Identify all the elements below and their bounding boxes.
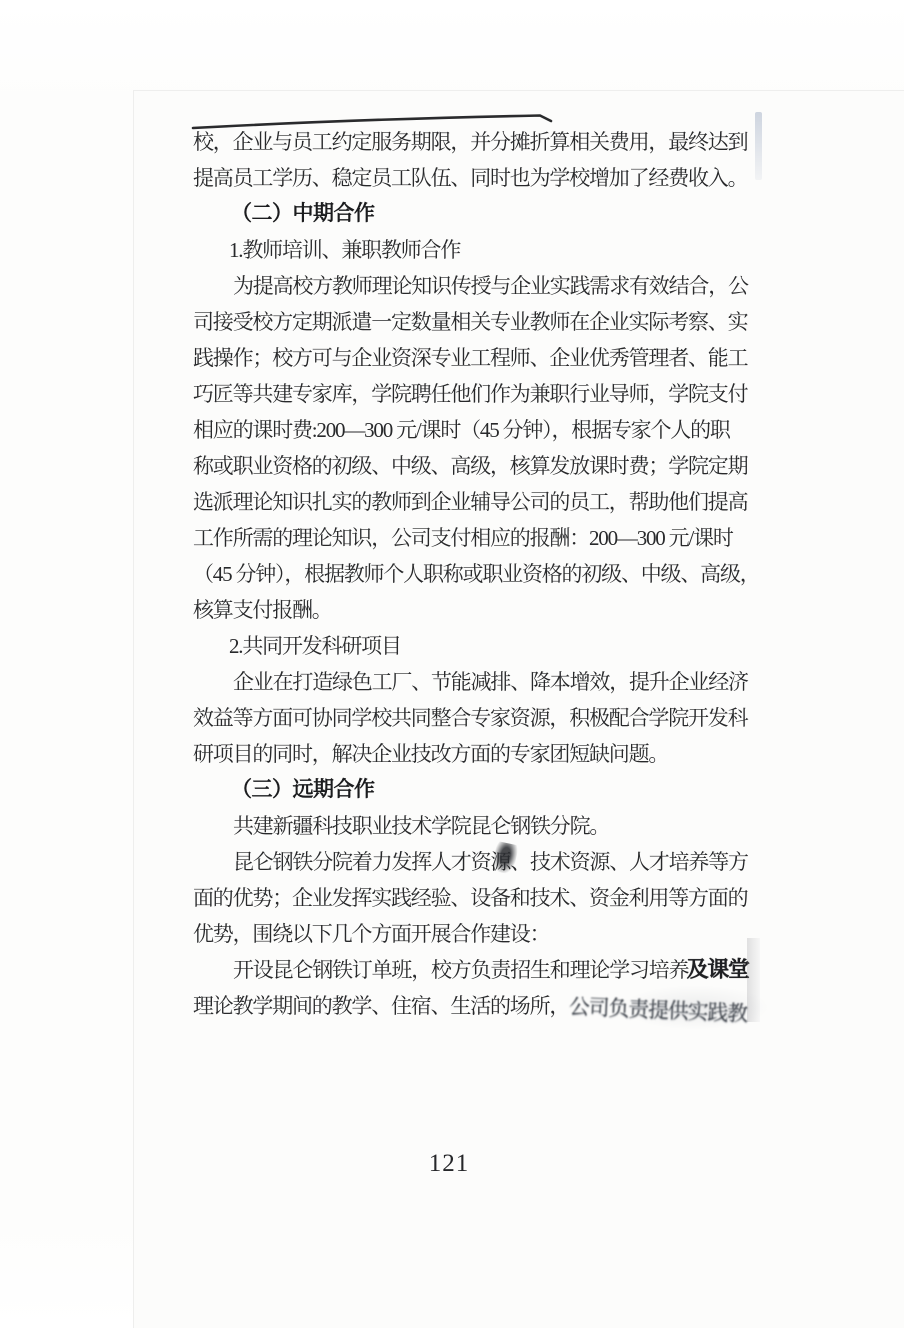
text-line: （45 分钟），根据教师个人职称或职业资格的初级、中级、高级，: [193, 556, 753, 592]
line-text: 1.教师培训、兼职教师合作: [229, 238, 460, 262]
text-line: 践操作；校方可与企业资深专业工程师、企业优秀管理者、能工: [193, 340, 753, 376]
section-heading: （二）中期合作: [193, 196, 753, 232]
text-line: 开设昆仑钢铁订单班，校方负责招生和理论学习培养及课堂: [193, 952, 753, 988]
text-line: 企业在打造绿色工厂、节能减排、降本增效，提升企业经济: [193, 664, 753, 700]
line-text: 提高员工学历、稳定员工队伍、同时也为学校增加了经费收入。: [193, 166, 747, 190]
line-text: 司接受校方定期派遣一定数量相关专业教师在企业实际考察、实: [193, 310, 747, 334]
text-line: 效益等方面可协同学校共同整合专家资源，积极配合学院开发科: [193, 700, 753, 736]
page-number: 121: [389, 1150, 509, 1178]
line-text: 研项目的同时，解决企业技改方面的专家团短缺问题。: [193, 742, 668, 766]
text-line: 面的优势；企业发挥实践经验、设备和技术、资金利用等方面的: [193, 880, 753, 916]
line-text: 企业在打造绿色工厂、节能减排、降本增效，提升企业经济: [233, 670, 748, 694]
line-text: 优势，围绕以下几个方面开展合作建设：: [193, 922, 549, 946]
text-line: 相应的课时费:200—300 元/课时（45 分钟），根据专家个人的职: [193, 412, 753, 448]
scanned-document-page: 校，企业与员工约定服务期限，并分摊折算相关费用，最终达到提高员工学历、稳定员工队…: [0, 0, 904, 1328]
scan-blur-haze: [620, 985, 770, 1030]
line-text: （二）中期合作: [231, 202, 375, 225]
line-text: 选派理论知识扎实的教师到企业辅导公司的员工，帮助他们提高: [193, 490, 747, 514]
line-text: 2.共同开发科研项目: [229, 634, 401, 658]
line-text: 理论教学期间的教学、住宿、生活的场所，: [193, 994, 569, 1018]
line-text: 称或职业资格的初级、中级、高级，核算发放课时费；学院定期: [193, 454, 747, 478]
text-line: 工作所需的理论知识，公司支付相应的报酬：200—300 元/课时: [193, 520, 753, 556]
line-text: 为提高校方教师理论知识传授与企业实践需求有效结合，公: [233, 274, 748, 298]
text-line: 称或职业资格的初级、中级、高级，核算发放课时费；学院定期: [193, 448, 753, 484]
text-line: 校，企业与员工约定服务期限，并分摊折算相关费用，最终达到: [193, 124, 753, 160]
text-line: 共建新疆科技职业技术学院昆仑钢铁分院。: [193, 808, 753, 844]
line-text: 工作所需的理论知识，公司支付相应的报酬：200—300 元/课时: [193, 526, 733, 550]
text-line: 提高员工学历、稳定员工队伍、同时也为学校增加了经费收入。: [193, 160, 753, 196]
line-text: 核算支付报酬。: [193, 598, 332, 622]
text-line: 昆仑钢铁分院着力发挥人才资源、技术资源、人才培养等方: [193, 844, 753, 880]
section-heading: （三）远期合作: [193, 772, 753, 808]
text-line: 研项目的同时，解决企业技改方面的专家团短缺问题。: [193, 736, 753, 772]
text-line: 巧匠等共建专家库，学院聘任他们作为兼职行业导师，学院支付: [193, 376, 753, 412]
document-text-block: 校，企业与员工约定服务期限，并分摊折算相关费用，最终达到提高员工学历、稳定员工队…: [193, 124, 753, 1024]
line-text: 开设昆仑钢铁订单班，校方负责招生和理论学习培养: [233, 958, 688, 982]
text-line: 为提高校方教师理论知识传授与企业实践需求有效结合，公: [193, 268, 753, 304]
text-line: 优势，围绕以下几个方面开展合作建设：: [193, 916, 753, 952]
line-text: 践操作；校方可与企业资深专业工程师、企业优秀管理者、能工: [193, 346, 747, 370]
line-text: 相应的课时费:200—300 元/课时（45 分钟），根据专家个人的职: [193, 418, 730, 442]
text-line: 选派理论知识扎实的教师到企业辅导公司的员工，帮助他们提高: [193, 484, 753, 520]
line-text: （45 分钟），根据教师个人职称或职业资格的初级、中级、高级，: [193, 562, 760, 586]
line-text: 效益等方面可协同学校共同整合专家资源，积极配合学院开发科: [193, 706, 747, 730]
line-text: （三）远期合作: [231, 778, 375, 801]
dark-print-text: 及课堂: [687, 950, 749, 987]
text-line: 核算支付报酬。: [193, 592, 753, 628]
line-text: 面的优势；企业发挥实践经验、设备和技术、资金利用等方面的: [193, 886, 747, 910]
text-line: 司接受校方定期派遣一定数量相关专业教师在企业实际考察、实: [193, 304, 753, 340]
line-text: 共建新疆科技职业技术学院昆仑钢铁分院。: [233, 814, 609, 838]
scan-artifact-streak-top: [755, 112, 762, 180]
text-line: 2.共同开发科研项目: [193, 628, 753, 664]
line-text: 巧匠等共建专家库，学院聘任他们作为兼职行业导师，学院支付: [193, 382, 747, 406]
text-line: 1.教师培训、兼职教师合作: [193, 232, 753, 268]
line-text: 校，企业与员工约定服务期限，并分摊折算相关费用，最终达到: [193, 130, 747, 154]
